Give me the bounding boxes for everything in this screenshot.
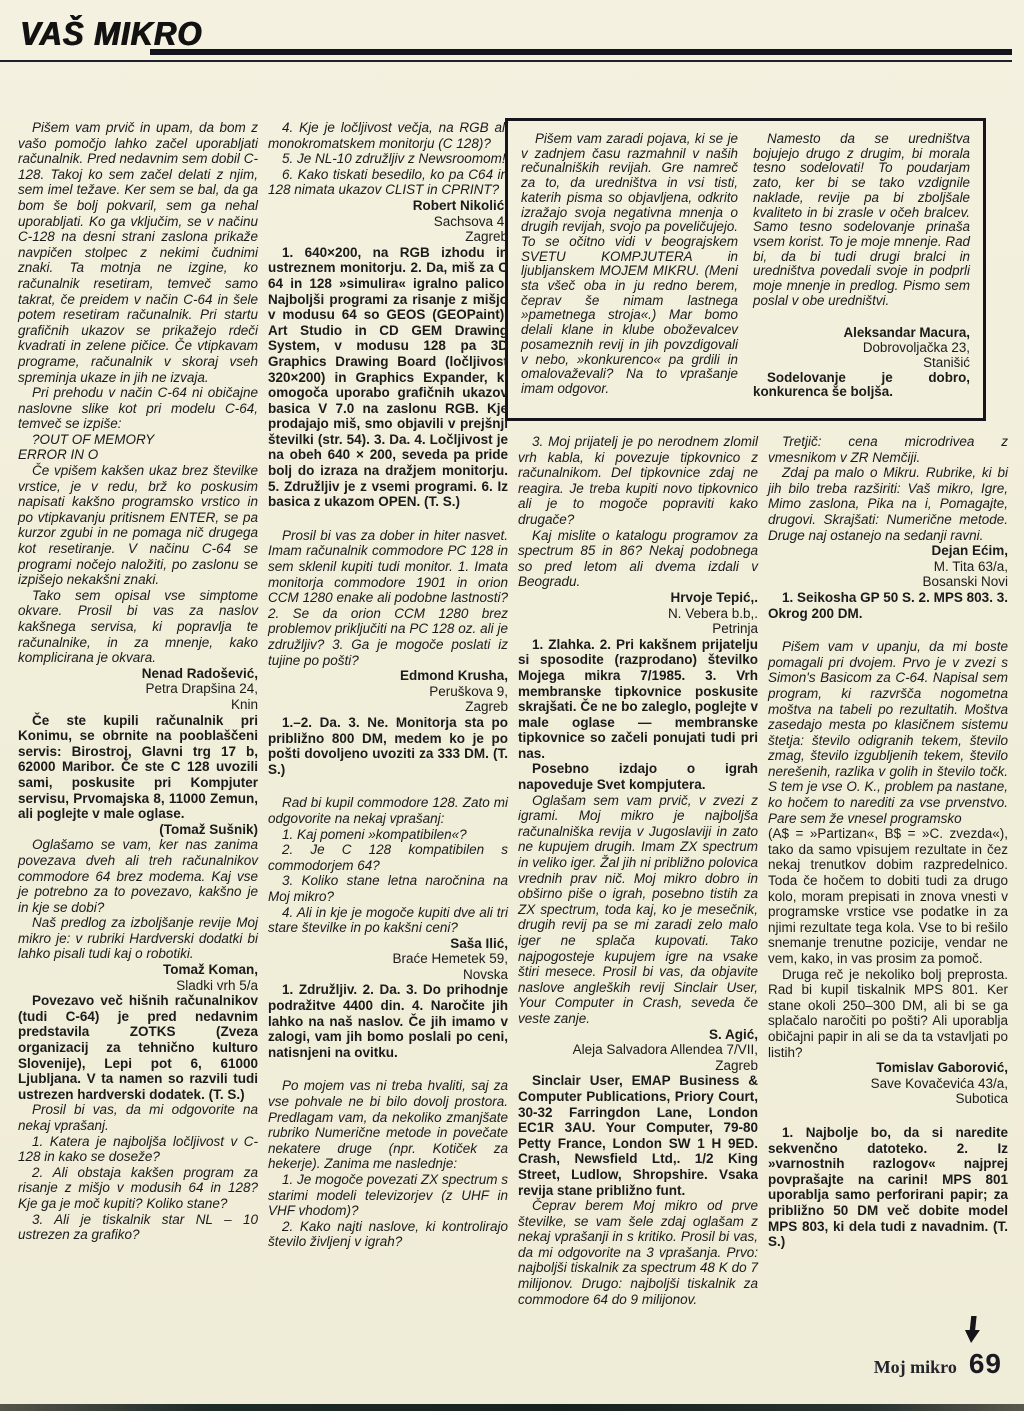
signature-address: Peruškova 9, — [268, 684, 508, 700]
letter-paragraph: Pišem vam zaradi pojava, ki se je v zadn… — [521, 132, 738, 397]
page-footer: Moj mikro 69 — [874, 1348, 1002, 1380]
page-bottom-edge — [0, 1404, 1024, 1411]
letter-paragraph: 5. Je NL-10 združljiv z Newsroomom! — [268, 151, 508, 167]
letter-paragraph: Zdaj pa malo o Mikru. Rubrike, ki bi jih… — [768, 465, 1008, 543]
editor-answer: 1. Združljiv. 2. Da. 3. Do prihodnje pod… — [268, 982, 508, 1060]
editor-answer: 1. Najbolje bo, da si naredite sekvenčno… — [768, 1125, 1008, 1250]
signature-name: (Tomaž Sušnik) — [18, 822, 258, 838]
signature-address: Save Kovačevića 43/a, — [768, 1076, 1008, 1092]
signature-name: Robert Nikolić, — [268, 198, 508, 214]
letter-paragraph: Oglašam sem vam prvič, v zvezi z igrami.… — [518, 793, 758, 1027]
letter-paragraph: Tretjič: cena microdrivea z vmesnikom v … — [768, 434, 1008, 465]
code-line: ERROR IN O — [18, 447, 258, 463]
letter-paragraph: Tako sem opisal vse simptome okvare. Pro… — [18, 588, 258, 666]
letter-paragraph: Pri prehodu v način C-64 ni običajne nas… — [18, 385, 258, 432]
editor-answer: 1. Seikosha GP 50 S. 2. MPS 803. 3. Okro… — [768, 590, 1008, 621]
signature-name: Nenad Radošević, — [18, 666, 258, 682]
letter-paragraph: Druga reč je nekoliko bolj preprosta. Ra… — [768, 967, 1008, 1061]
signature-address: Zagreb — [268, 699, 508, 715]
footer-magazine-name: Moj mikro — [874, 1357, 957, 1378]
editor-answer: Povezavo več hišnih računalnikov (tudi C… — [18, 993, 258, 1102]
letter-paragraph: 4. Kje je ločljivost večja, na RGB ali m… — [268, 120, 508, 151]
signature-address: Petra Drapšina 24, — [18, 681, 258, 697]
footer-page-number: 69 — [969, 1348, 1002, 1380]
signature-address: Stanišić — [753, 356, 970, 371]
signature-address: Knin — [18, 697, 258, 713]
editor-answer: 1. 640×200, na RGB izhodu in ustreznem m… — [268, 245, 508, 510]
signature-address: Petrinja — [518, 621, 758, 637]
text-column-1: Pišem vam prvič in upam, da bom z vašo p… — [18, 120, 258, 1243]
editor-answer: 1. Zlahka. 2. Pri kakšnem prijatelju si … — [518, 637, 758, 762]
signature-address: Bosanski Novi — [768, 574, 1008, 590]
letter-paragraph: 1. Katera je najboljša ločljivost v C-12… — [18, 1134, 258, 1165]
letter-paragraph: Pišem vam v upanju, da mi boste pomagali… — [768, 639, 1008, 826]
letter-paragraph: Prosil bi vas, da mi odgovorite na nekaj… — [18, 1102, 258, 1133]
letter-paragraph: Rad bi kupil commodore 128. Zato mi odgo… — [268, 795, 508, 826]
masthead-rule-thin — [0, 60, 1012, 62]
signature-name: Tomaž Koman, — [18, 962, 258, 978]
letter-paragraph: 2. Ali obstaja kakšen program za risanje… — [18, 1165, 258, 1212]
letter-paragraph: Namesto da se uredništva bojujejo drugo … — [753, 132, 970, 308]
letter-paragraph: Čeprav berem Moj mikro od prve številke,… — [518, 1198, 758, 1307]
continued-next-page-arrow-icon — [964, 1316, 982, 1343]
letter-paragraph: 3. Ali je tiskalnik star NL – 10 ustreze… — [18, 1212, 258, 1243]
editor-answer: Sinclair User, EMAP Business & Computer … — [518, 1073, 758, 1198]
letter-paragraph: 1. Je mogoče povezati ZX spectrum s star… — [268, 1172, 508, 1219]
signature-name: Tomislav Gaborović, — [768, 1060, 1008, 1076]
signature-name: Saša Ilić, — [268, 936, 508, 952]
masthead-rule-thick — [150, 49, 1012, 55]
editor-answer: Sodelovanje je dobro, konkurenca še bolj… — [753, 371, 970, 400]
letter-paragraph: Naš predlog za izboljšanje revije Moj mi… — [18, 915, 258, 962]
letter-paragraph: 2. Kako najti naslove, ki kontrolirajo š… — [268, 1219, 508, 1250]
signature-name: Edmond Krusha, — [268, 668, 508, 684]
letter-paragraph: 3. Moj prijatelj je po nerodnem zlomil v… — [518, 434, 758, 528]
text-column-2: 4. Kje je ločljivost večja, na RGB ali m… — [268, 120, 508, 1250]
letter-paragraph: Prosil bi vas za dober in hiter nasvet. … — [268, 528, 508, 668]
box-column-left: Pišem vam zaradi pojava, ki se je v zadn… — [521, 132, 738, 407]
signature-address: Subotica — [768, 1091, 1008, 1107]
letter-paragraph: Če vpišem kakšen ukaz brez številke vrst… — [18, 463, 258, 588]
text-column-4: Tretjič: cena microdrivea z vmesnikom v … — [768, 434, 1008, 1250]
signature-address: Sladki vrh 5/a — [18, 978, 258, 994]
section-title: VAŠ MIKRO — [20, 15, 202, 54]
signature-address: Braće Hemetek 59, — [268, 951, 508, 967]
signature-address: M. Tita 63/a, — [768, 559, 1008, 575]
signature-address: Zagreb — [268, 229, 508, 245]
letter-paragraph: Oglašamo se vam, ker nas zanima povezava… — [18, 837, 258, 915]
signature-name: Aleksandar Macura, — [753, 326, 970, 341]
letter-paragraph: 2. Je C 128 kompatibilen s commodorjem 6… — [268, 842, 508, 873]
code-line: ?OUT OF MEMORY — [18, 432, 258, 448]
letter-paragraph: 6. Kako tiskati besedilo, ko pa C64 in 1… — [268, 167, 508, 198]
highlight-letter-box: Pišem vam zaradi pojava, ki se je v zadn… — [505, 118, 986, 421]
letter-paragraph: 3. Koliko stane letna naročnina na Moj m… — [268, 873, 508, 904]
letter-paragraph: 1. Kaj pomeni »kompatibilen«? — [268, 827, 508, 843]
signature-address: Novska — [268, 967, 508, 983]
signature-name: S. Agić, — [518, 1027, 758, 1043]
letter-paragraph: Kaj mislite o katalogu programov za spec… — [518, 528, 758, 590]
text-column-3: 3. Moj prijatelj je po nerodnem zlomil v… — [518, 434, 758, 1307]
letter-paragraph: Pišem vam prvič in upam, da bom z vašo p… — [18, 120, 258, 385]
letter-paragraph: 4. Ali in kje je mogoče kupiti dve ali t… — [268, 905, 508, 936]
signature-address: Aleja Salvadora Allendea 7/VII, — [518, 1042, 758, 1058]
editor-answer: Posebno izdajo o igrah napoveduje Svet k… — [518, 761, 758, 792]
signature-address: Sachsova 4, — [268, 214, 508, 230]
signature-address: Dobrovoljačka 23, — [753, 341, 970, 356]
box-column-right: Namesto da se uredništva bojujejo drugo … — [753, 132, 970, 407]
letter-paragraph: Po mojem vas ni treba hvaliti, saj za vs… — [268, 1078, 508, 1172]
signature-name: Hrvoje Tepić,. — [518, 590, 758, 606]
magazine-page: VAŠ MIKRO Pišem vam zaradi pojava, ki se… — [0, 0, 1024, 1411]
signature-address: Zagreb — [518, 1058, 758, 1074]
letter-paragraph-continued: (A$ = »Partizan«, B$ = »C. zvezda«), tak… — [768, 826, 1008, 966]
signature-name: Dejan Ećim, — [768, 543, 1008, 559]
editor-answer: Če ste kupili računalnik pri Konimu, se … — [18, 713, 258, 822]
signature-address: N. Vebera b.b,. — [518, 606, 758, 622]
editor-answer: 1.–2. Da. 3. Ne. Monitorja sta po pribli… — [268, 715, 508, 777]
